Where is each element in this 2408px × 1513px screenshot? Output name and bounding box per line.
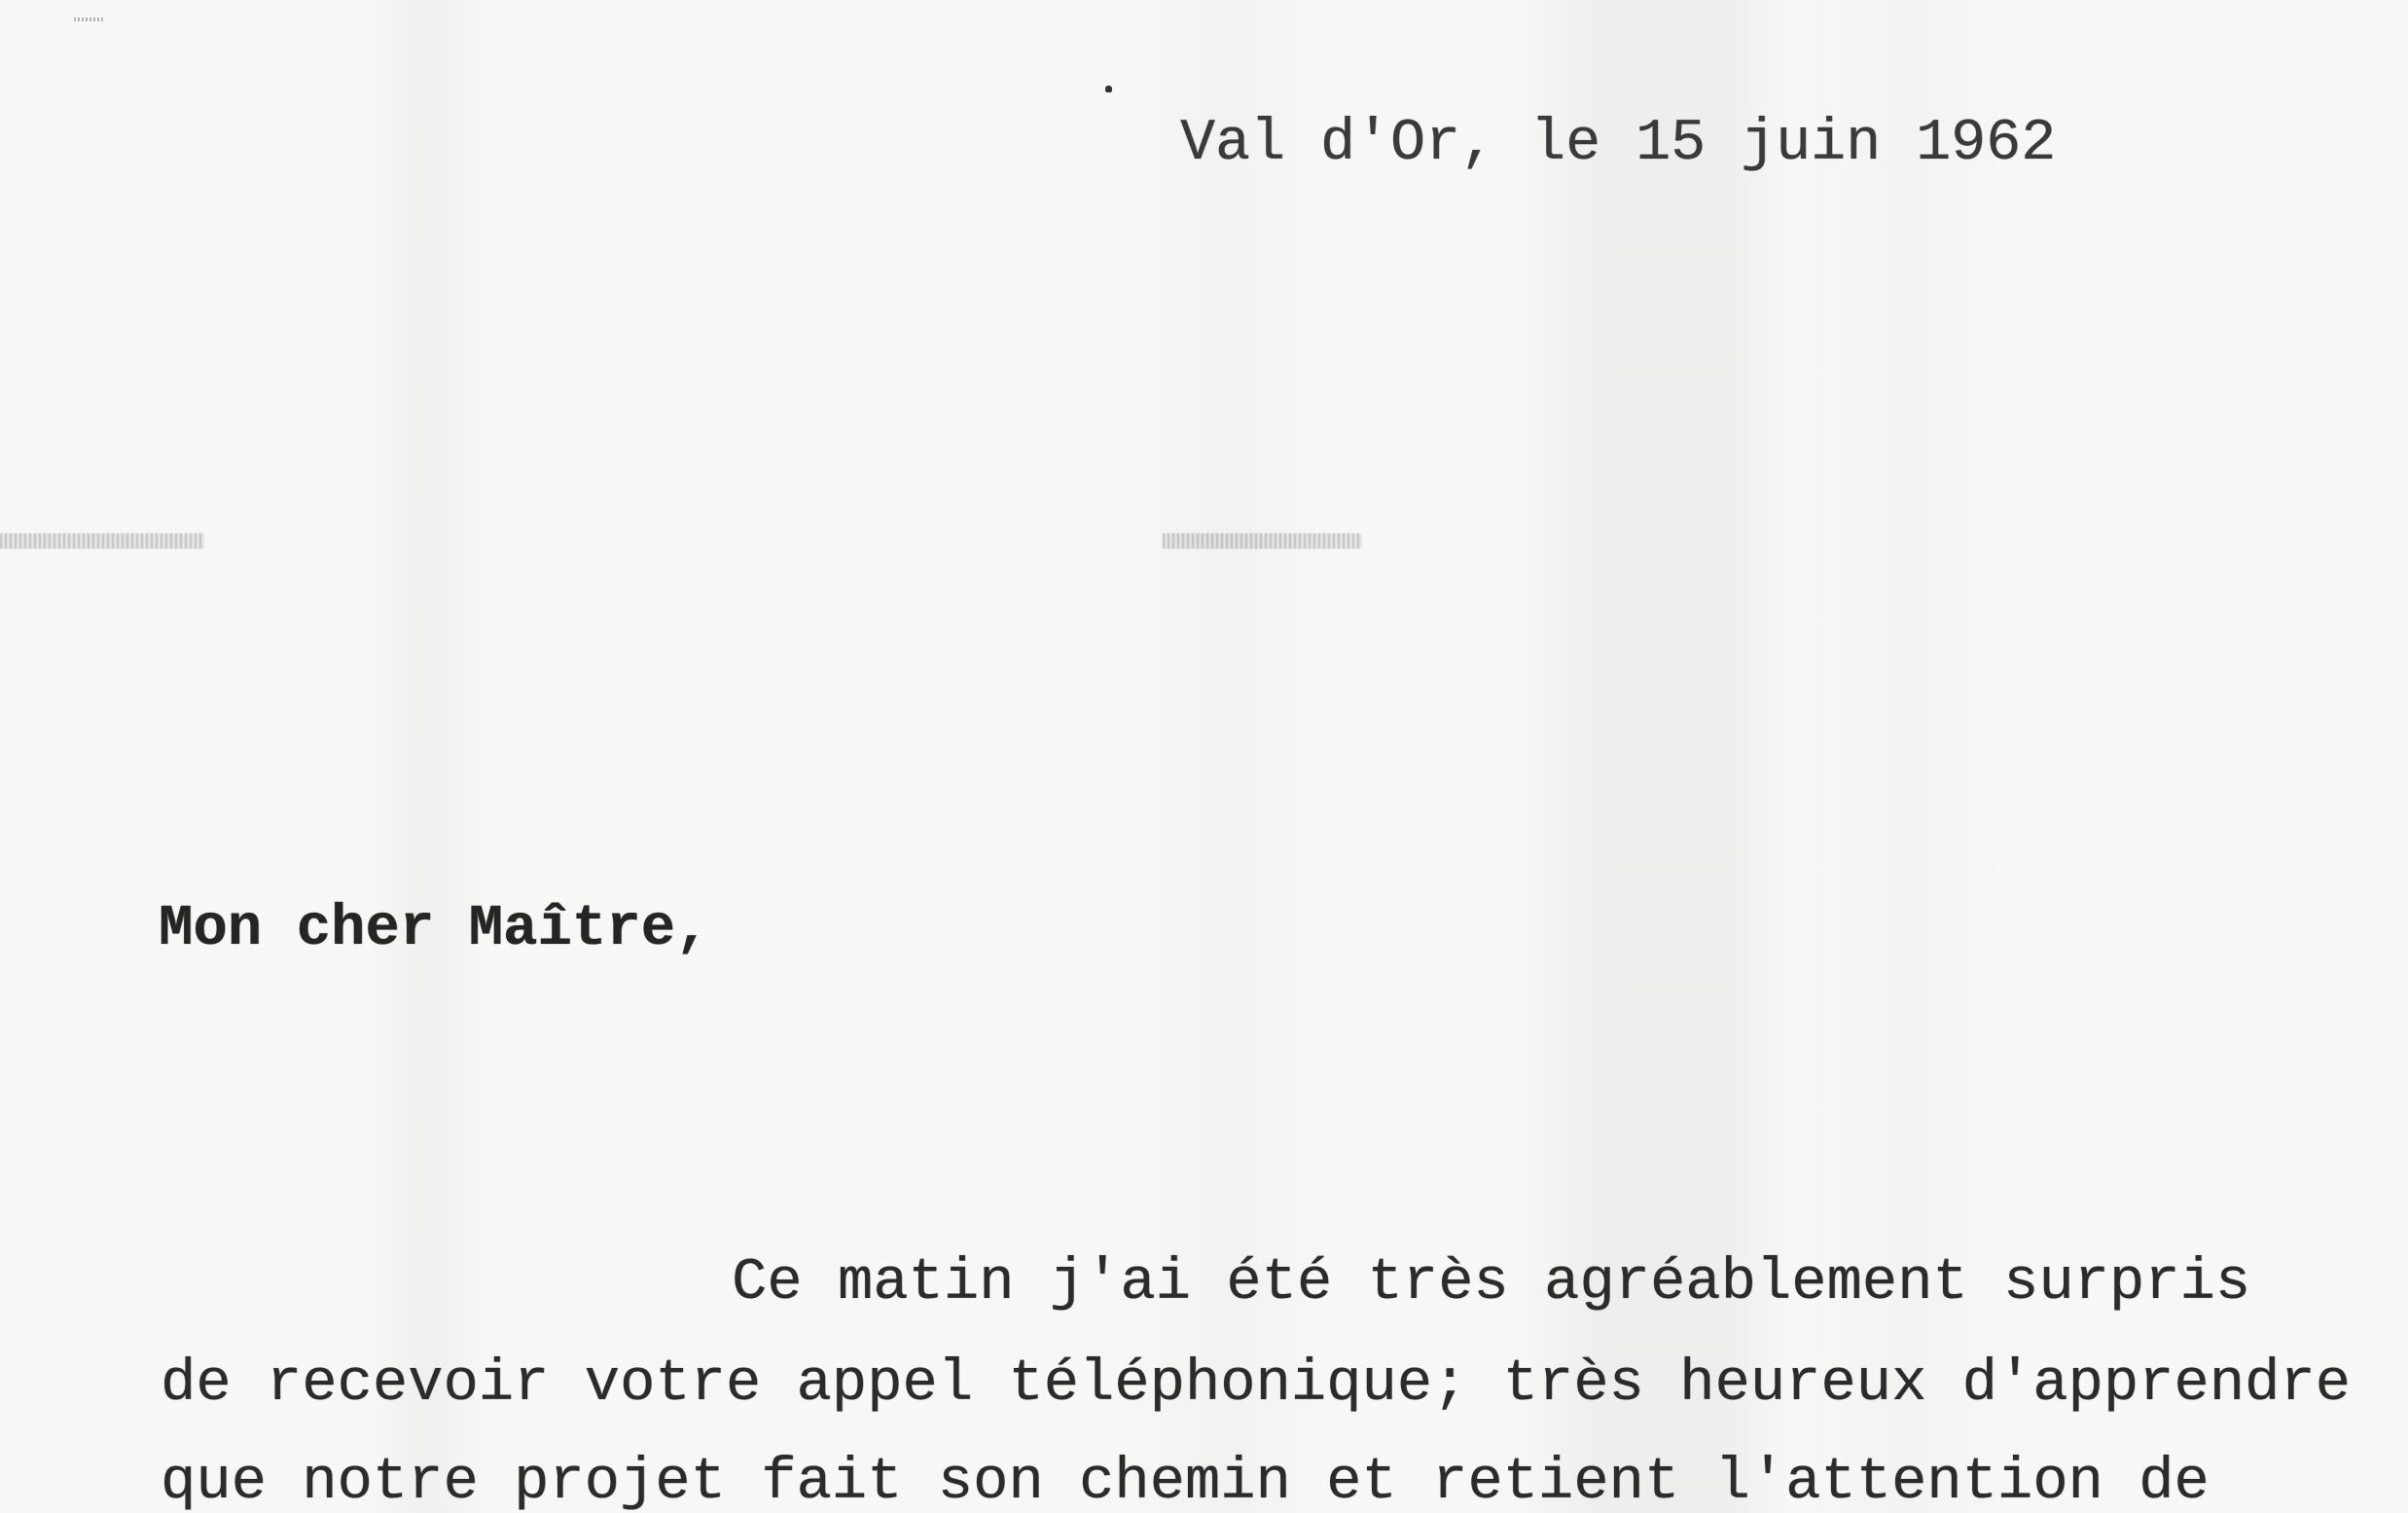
salutation: Mon cher Maître, <box>159 900 710 957</box>
letter-page: Val d'Or, le 15 juin 1962 Mon cher Maîtr… <box>0 0 2408 1513</box>
bleed-through-smudge <box>0 533 204 549</box>
body-line: de recevoir votre appel téléphonique; tr… <box>161 1355 2351 1415</box>
place-date-line: Val d'Or, le 15 juin 1962 <box>1180 115 2056 173</box>
scan-speck <box>1105 86 1112 92</box>
body-line: que notre projet fait son chemin et reti… <box>161 1454 2210 1513</box>
corner-mark <box>74 18 103 21</box>
photocopy-band <box>370 0 486 1513</box>
bleed-through-smudge <box>1163 533 1362 549</box>
body-line: Ce matin j'ai été très agréablement surp… <box>732 1254 2250 1314</box>
